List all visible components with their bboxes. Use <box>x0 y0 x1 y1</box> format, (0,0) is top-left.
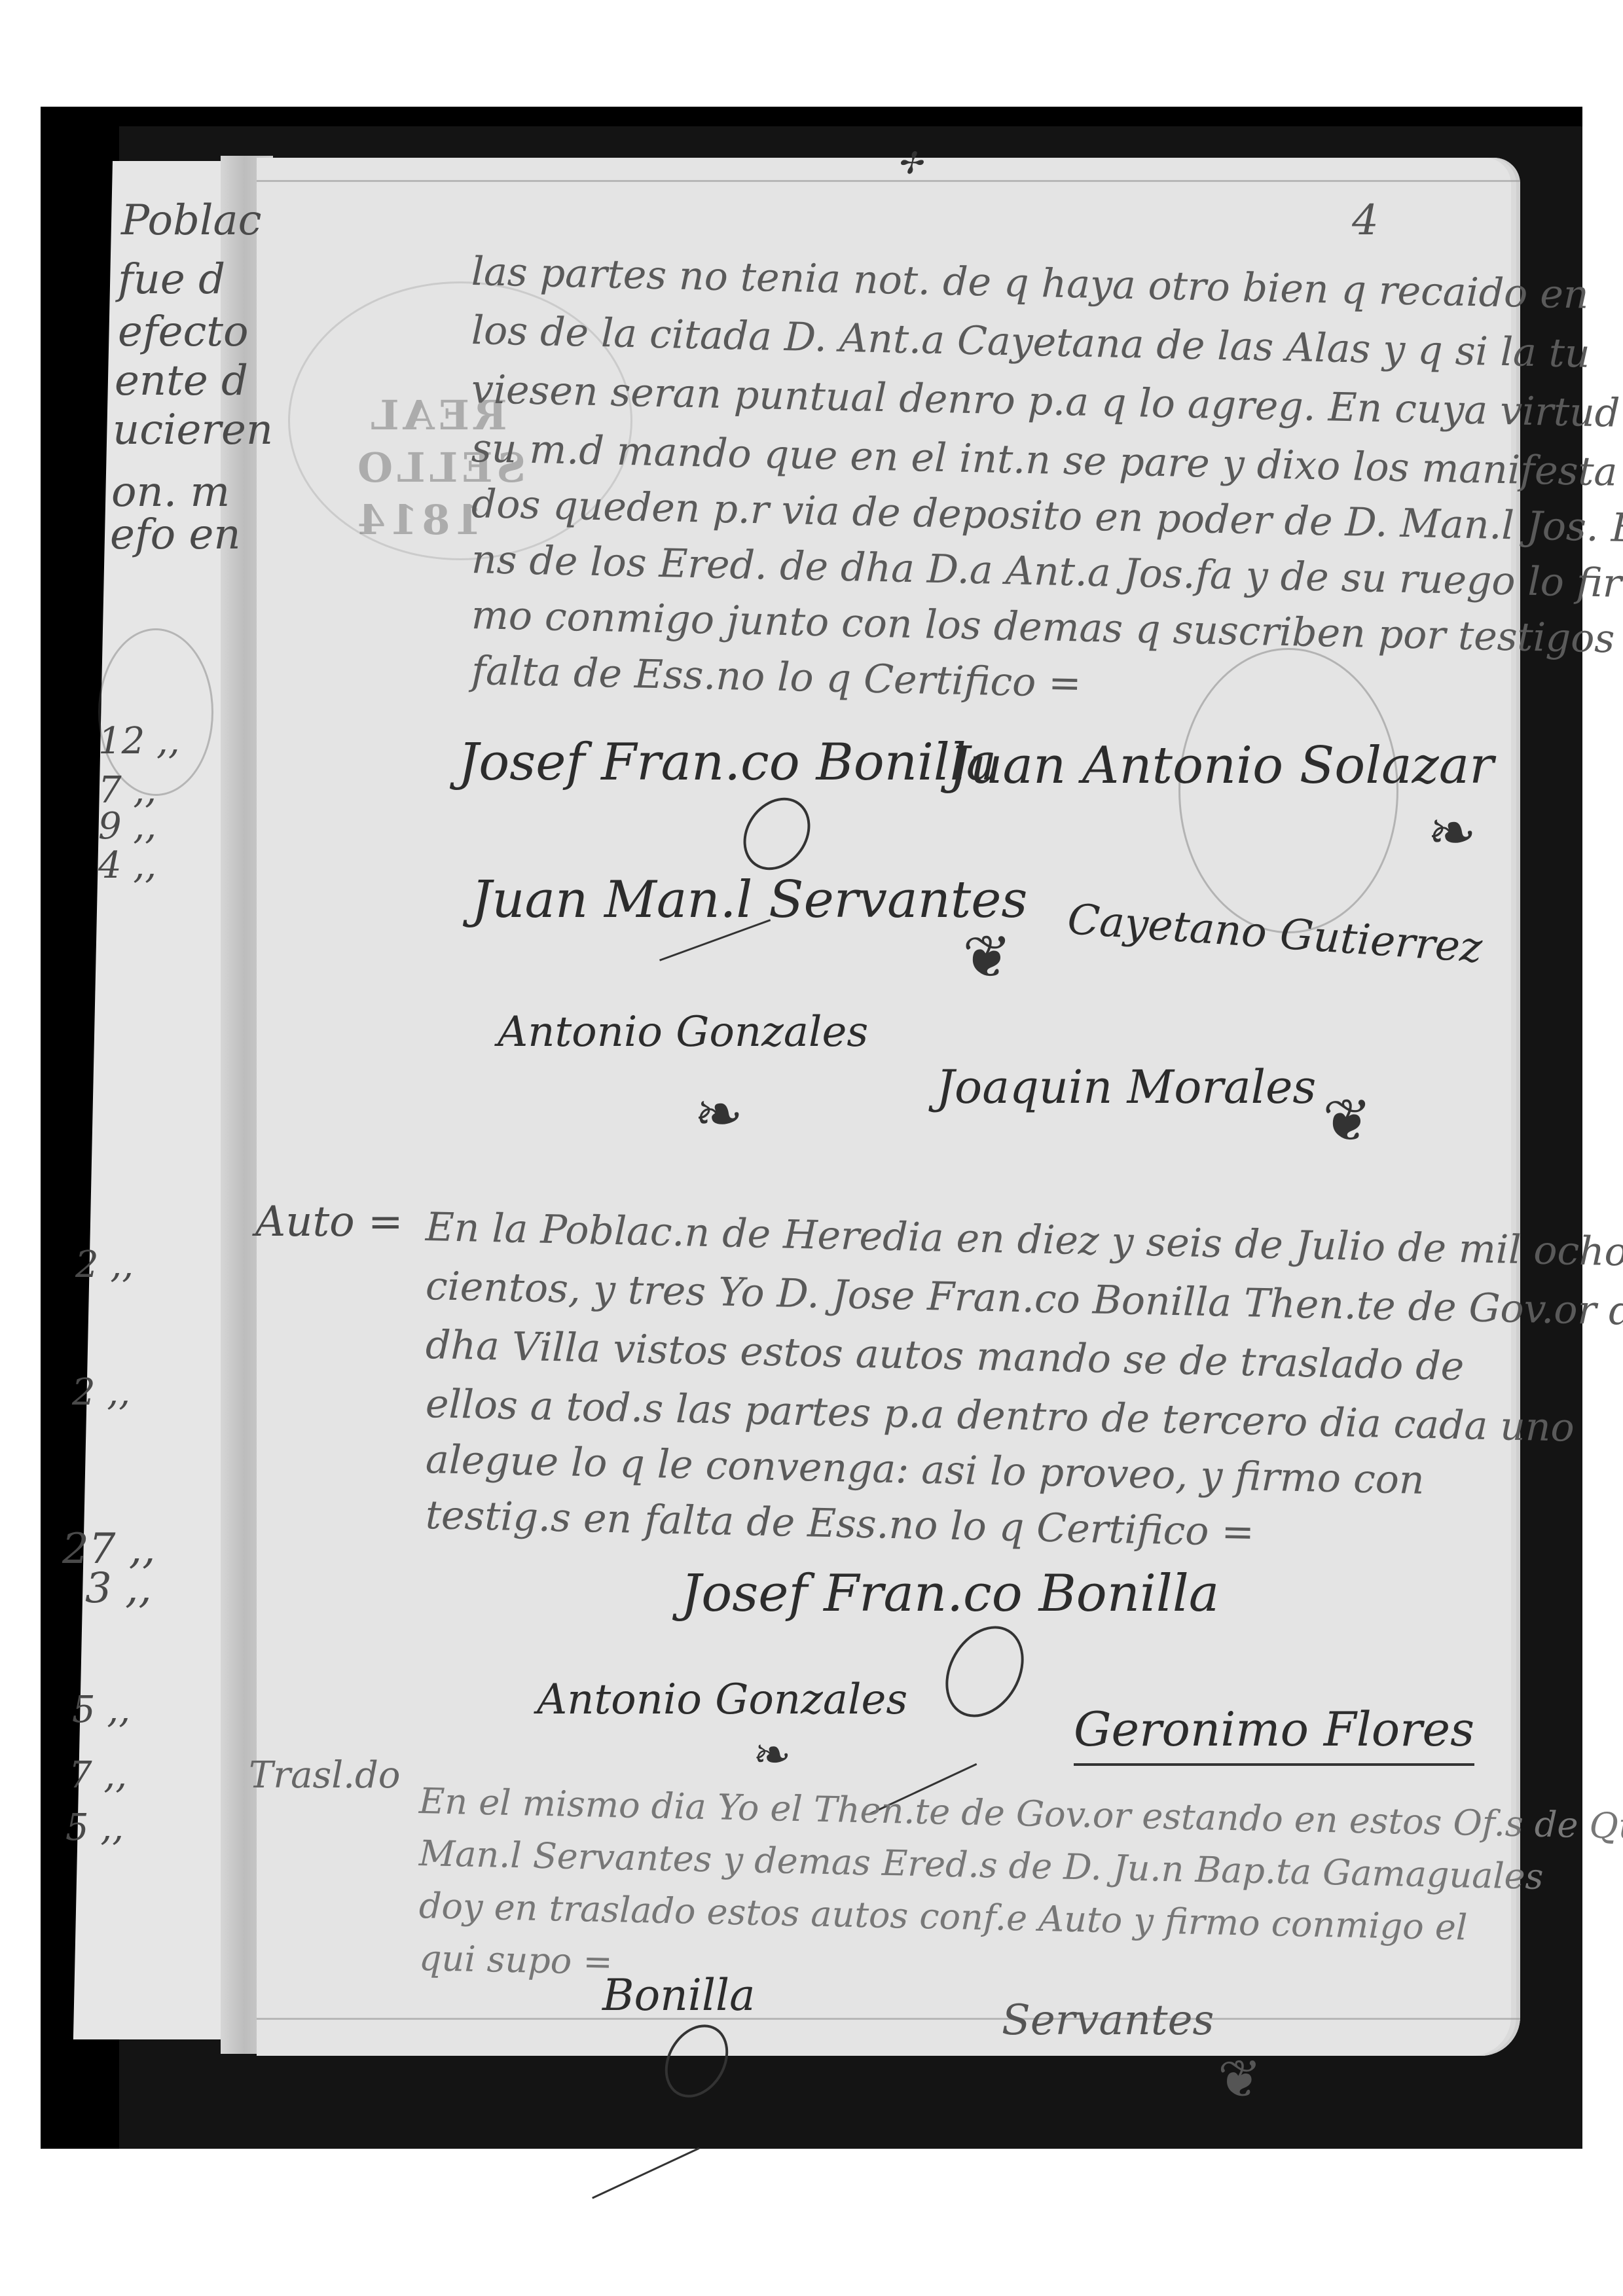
margin-number: 3 ,, <box>85 1564 152 1613</box>
signature: Joaquin Morales <box>936 1060 1316 1114</box>
margin-number: 5 ,, <box>65 1806 124 1849</box>
signature: Juan Man.l Servantes <box>471 870 1027 929</box>
margin-number: 2 ,, <box>75 1244 134 1286</box>
section-label-traslado: Trasl.do <box>249 1754 401 1797</box>
margin-word: efo en <box>110 511 241 559</box>
top-edge-line <box>257 180 1520 182</box>
margin-word: ucieren <box>113 406 273 454</box>
text-line: qui supo = <box>418 1937 613 1982</box>
margin-number: 12 ,, <box>98 720 180 762</box>
scan-top-band <box>41 107 1582 126</box>
signature: Juan Antonio Solazar <box>949 736 1494 795</box>
signature: Bonilla <box>602 1970 755 2020</box>
section-label-auto: Auto = <box>255 1198 403 1246</box>
margin-word: Poblac <box>121 196 261 245</box>
bottom-edge-line <box>257 2018 1520 2020</box>
margin-word: ente d <box>115 357 248 405</box>
margin-number: 9 ,, <box>98 805 156 848</box>
margin-number: 7 ,, <box>69 1754 127 1797</box>
margin-word: on. m <box>111 468 230 516</box>
signature: Geronimo Flores <box>1074 1702 1474 1766</box>
signature: Josef Fran.co Bonilla <box>681 1564 1219 1623</box>
rubric-icon: ❧ <box>694 1080 743 1149</box>
rubric-icon: ❦ <box>962 923 1012 992</box>
rubric-icon: ❦ <box>1322 1086 1372 1155</box>
margin-word: fue d <box>118 255 225 304</box>
margin-number: 5 ,, <box>72 1689 130 1731</box>
margin-number: 2 ,, <box>72 1371 130 1414</box>
rubric-icon: ❦ <box>1218 2049 1262 2109</box>
rubric-icon: ❧ <box>753 1728 792 1782</box>
folio-number: 4 <box>1352 196 1379 245</box>
signature: Servantes <box>1002 1996 1214 2045</box>
margin-number: 4 ,, <box>98 844 156 887</box>
margin-word: efecto <box>118 308 249 356</box>
signature: Josef Fran.co Bonilla <box>458 733 996 792</box>
rubric-icon: ❧ <box>1427 798 1476 867</box>
top-mark-icon: ✢ <box>897 145 922 181</box>
signature: Antonio Gonzales <box>537 1676 907 1724</box>
signature: Antonio Gonzales <box>498 1008 868 1056</box>
